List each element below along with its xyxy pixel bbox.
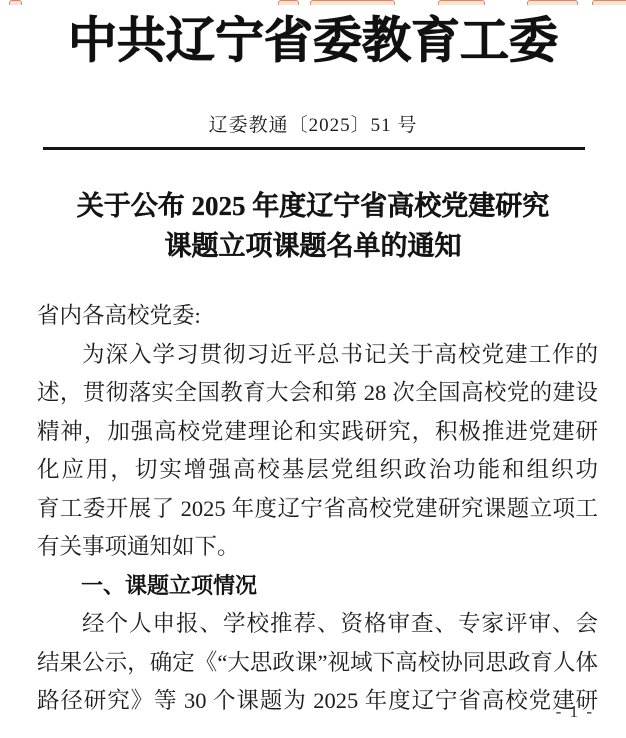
paragraph-line: 路径研究》等 30 个课题为 2025 年度辽宁省高校党建研究课题重 (37, 682, 598, 721)
notice-title: 关于公布 2025 年度辽宁省高校党建研究 课题立项课题名单的通知 (0, 186, 626, 266)
letterhead-rule (43, 147, 585, 150)
official-document-page: 中共辽宁省委教育工委 辽委教通〔2025〕51 号 关于公布 2025 年度辽宁… (0, 0, 626, 738)
page-number: - 1 - (556, 702, 594, 722)
document-number: 辽委教通〔2025〕51 号 (0, 110, 626, 137)
paragraph-line: 化应用，切实增强高校基层党组织政治功能和组织功能，省委教 (37, 451, 598, 490)
paragraph-line: 有关事项通知如下。 (37, 528, 598, 567)
section-heading: 一、课题立项情况 (37, 567, 598, 606)
paragraph-line: 精神，加强高校党建理论和实践研究，积极推进党建研究成果转 (37, 413, 598, 452)
paragraph-line: 述，贯彻落实全国教育大会和第 28 次全国高校党的建设工作会议 (37, 374, 598, 413)
document-body: 省内各高校党委: 为深入学习贯彻习近平总书记关于高校党建工作的重要论 述，贯彻落… (37, 297, 598, 721)
paragraph-line: 为深入学习贯彻习近平总书记关于高校党建工作的重要论 (37, 336, 598, 375)
notice-title-line1: 关于公布 2025 年度辽宁省高校党建研究 (0, 186, 626, 226)
paragraph-line: 结果公示，确定《“大思政课”视域下高校协同思政育人体系构建 (37, 644, 598, 683)
letterhead-issuer: 中共辽宁省委教育工委 (0, 2, 626, 72)
paragraph-line: 育工委开展了 2025 年度辽宁省高校党建研究课题立项工作，现将 (37, 490, 598, 529)
notice-title-line2: 课题立项课题名单的通知 (0, 226, 626, 266)
salutation: 省内各高校党委: (37, 297, 598, 336)
paragraph-line: 经个人申报、学校推荐、资格审查、专家评审、会议审议、 (37, 605, 598, 644)
